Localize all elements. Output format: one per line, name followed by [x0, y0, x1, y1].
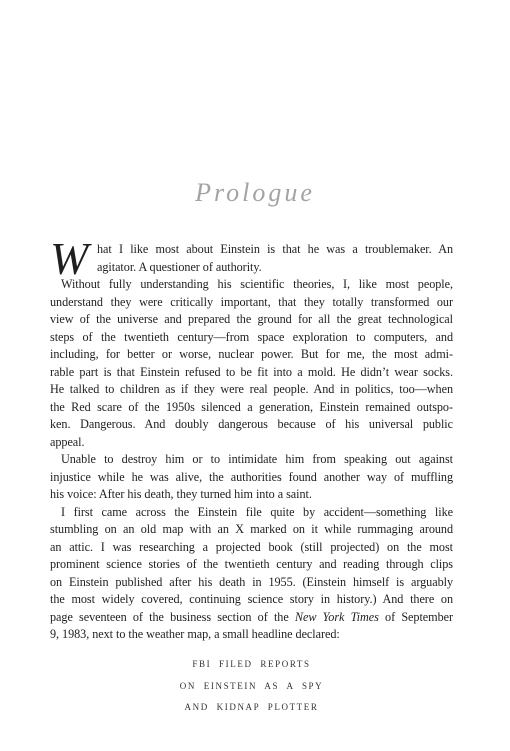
paragraph: Without fully understanding his scientif… — [50, 276, 453, 451]
text-line: stumbling on an old map with an X marked… — [50, 521, 453, 539]
text-line: agitator. A questioner of authority. — [50, 259, 453, 277]
text-line: view of the universe and prepared the gr… — [50, 311, 453, 329]
news-headline-block: FBI FILED REPORTSON EINSTEIN AS A SPYAND… — [50, 654, 453, 719]
book-page: Prologue What I like most about Einstein… — [0, 0, 510, 751]
paragraph: What I like most about Einstein is that … — [50, 241, 453, 276]
text-line: rable part is that Einstein refused to b… — [50, 364, 453, 382]
text-line: 9, 1983, next to the weather map, a smal… — [50, 626, 453, 644]
text-line: on Einstein published after his death in… — [50, 574, 453, 592]
text-line: an attic. I was researching a projected … — [50, 539, 453, 557]
text-line: injustice while he was alive, the author… — [50, 469, 453, 487]
text-line: the Red scare of the 1950s silenced a ge… — [50, 399, 453, 417]
body-text: What I like most about Einstein is that … — [50, 241, 453, 644]
text-line: appeal. — [50, 434, 453, 452]
text-line: Without fully understanding his scientif… — [50, 276, 453, 294]
text-line: Unable to destroy him or to intimidate h… — [50, 451, 453, 469]
chapter-title: Prologue — [0, 177, 510, 209]
text-line: understand they were critically importan… — [50, 294, 453, 312]
text-line: steps of the twentieth century—from spac… — [50, 329, 453, 347]
text-line: I first came across the Einstein file qu… — [50, 504, 453, 522]
text-line: the most widely covered, continuing scie… — [50, 591, 453, 609]
text-line: his voice: After his death, they turned … — [50, 486, 453, 504]
text-line: He talked to children as if they were re… — [50, 381, 453, 399]
text-line: ken. Dangerous. And doubly dangerous bec… — [50, 416, 453, 434]
paragraph: I first came across the Einstein file qu… — [50, 504, 453, 644]
text-line: page seventeen of the business section o… — [50, 609, 453, 627]
text-line: hat I like most about Einstein is that h… — [50, 241, 453, 259]
news-headline-line: AND KIDNAP PLOTTER — [50, 697, 453, 719]
news-headline-line: ON EINSTEIN AS A SPY — [50, 676, 453, 698]
drop-cap: W — [50, 241, 97, 274]
text-line: including, for better or worse, nuclear … — [50, 346, 453, 364]
text-line: prominent science stories of the twentie… — [50, 556, 453, 574]
news-headline-line: FBI FILED REPORTS — [50, 654, 453, 676]
paragraph: Unable to destroy him or to intimidate h… — [50, 451, 453, 504]
